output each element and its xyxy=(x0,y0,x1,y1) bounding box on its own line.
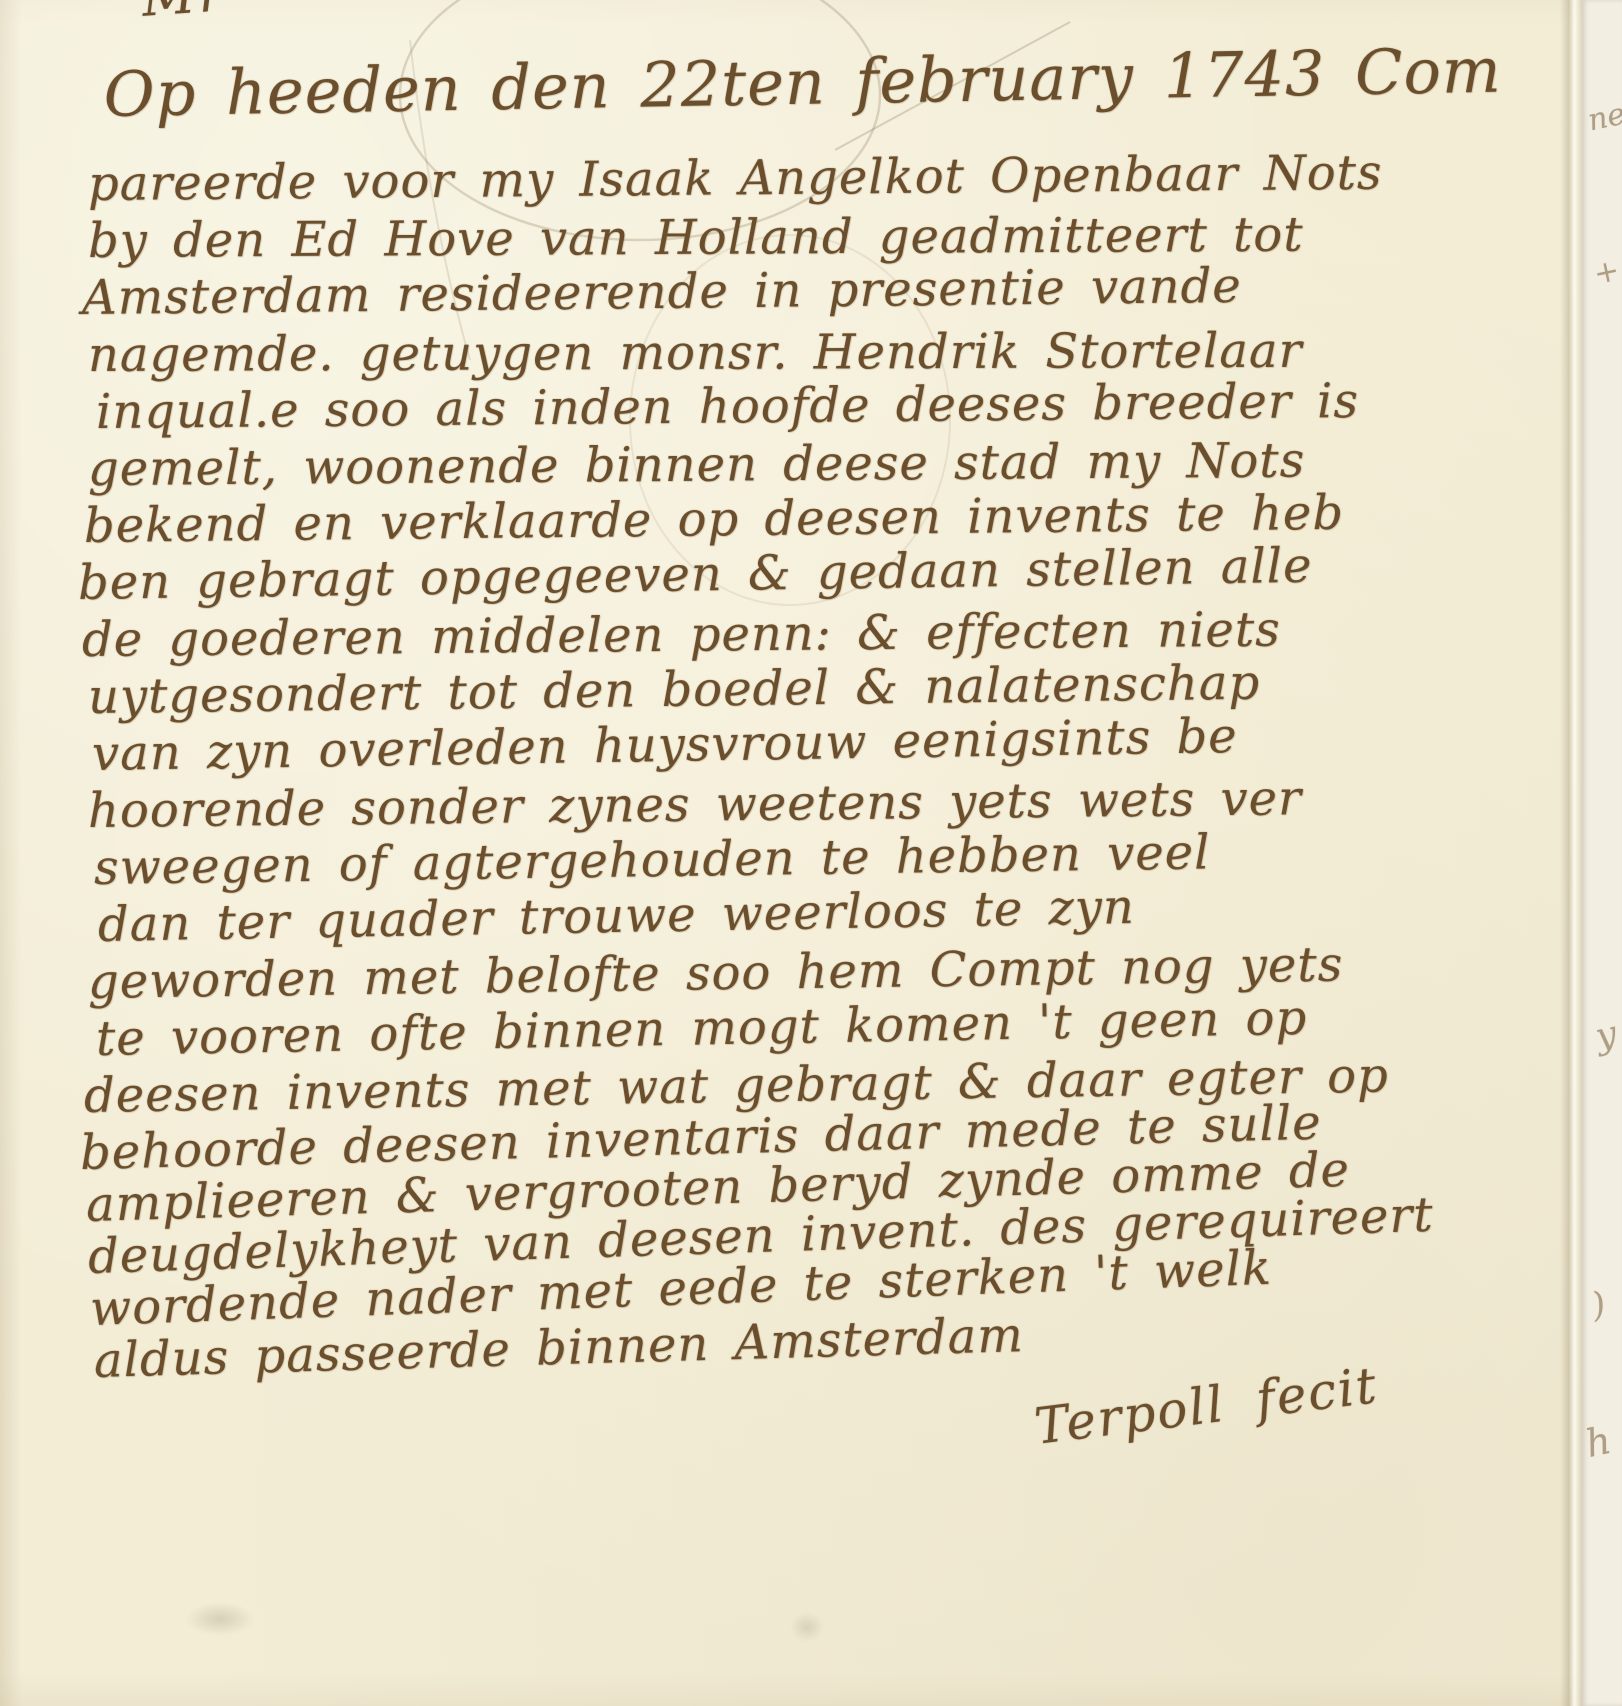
paper-smudge xyxy=(185,1602,255,1636)
adjacent-page-ink-fragment: ne xyxy=(1585,97,1622,139)
cut-off-word-fragment: Mr xyxy=(140,0,228,29)
page-fold-crease xyxy=(1560,0,1582,1706)
adjacent-page-ink-fragment: y xyxy=(1592,1013,1620,1057)
manuscript-page: Mr Op heeden den 22ten february 1743 Com… xyxy=(0,0,1622,1706)
adjacent-page-ink-fragment: + xyxy=(1591,253,1622,292)
paper-smudge xyxy=(790,1612,824,1642)
manuscript-line: Op heeden den 22ten february 1743 Com xyxy=(103,33,1528,156)
manuscript-line: pareerde voor my Isaak Angelkot Openbaar… xyxy=(88,143,1528,213)
adjacent-page-ink-fragment: h xyxy=(1582,1418,1615,1466)
manuscript-line: inqual.e soo als inden hoofde deeses bre… xyxy=(96,372,1528,441)
handwritten-text-block: Op heeden den 22ten february 1743 Com pa… xyxy=(88,58,1528,1390)
adjacent-page-ink-fragment: ) xyxy=(1588,1284,1609,1326)
next-page-edge: ne + y ) h xyxy=(1582,0,1622,1706)
